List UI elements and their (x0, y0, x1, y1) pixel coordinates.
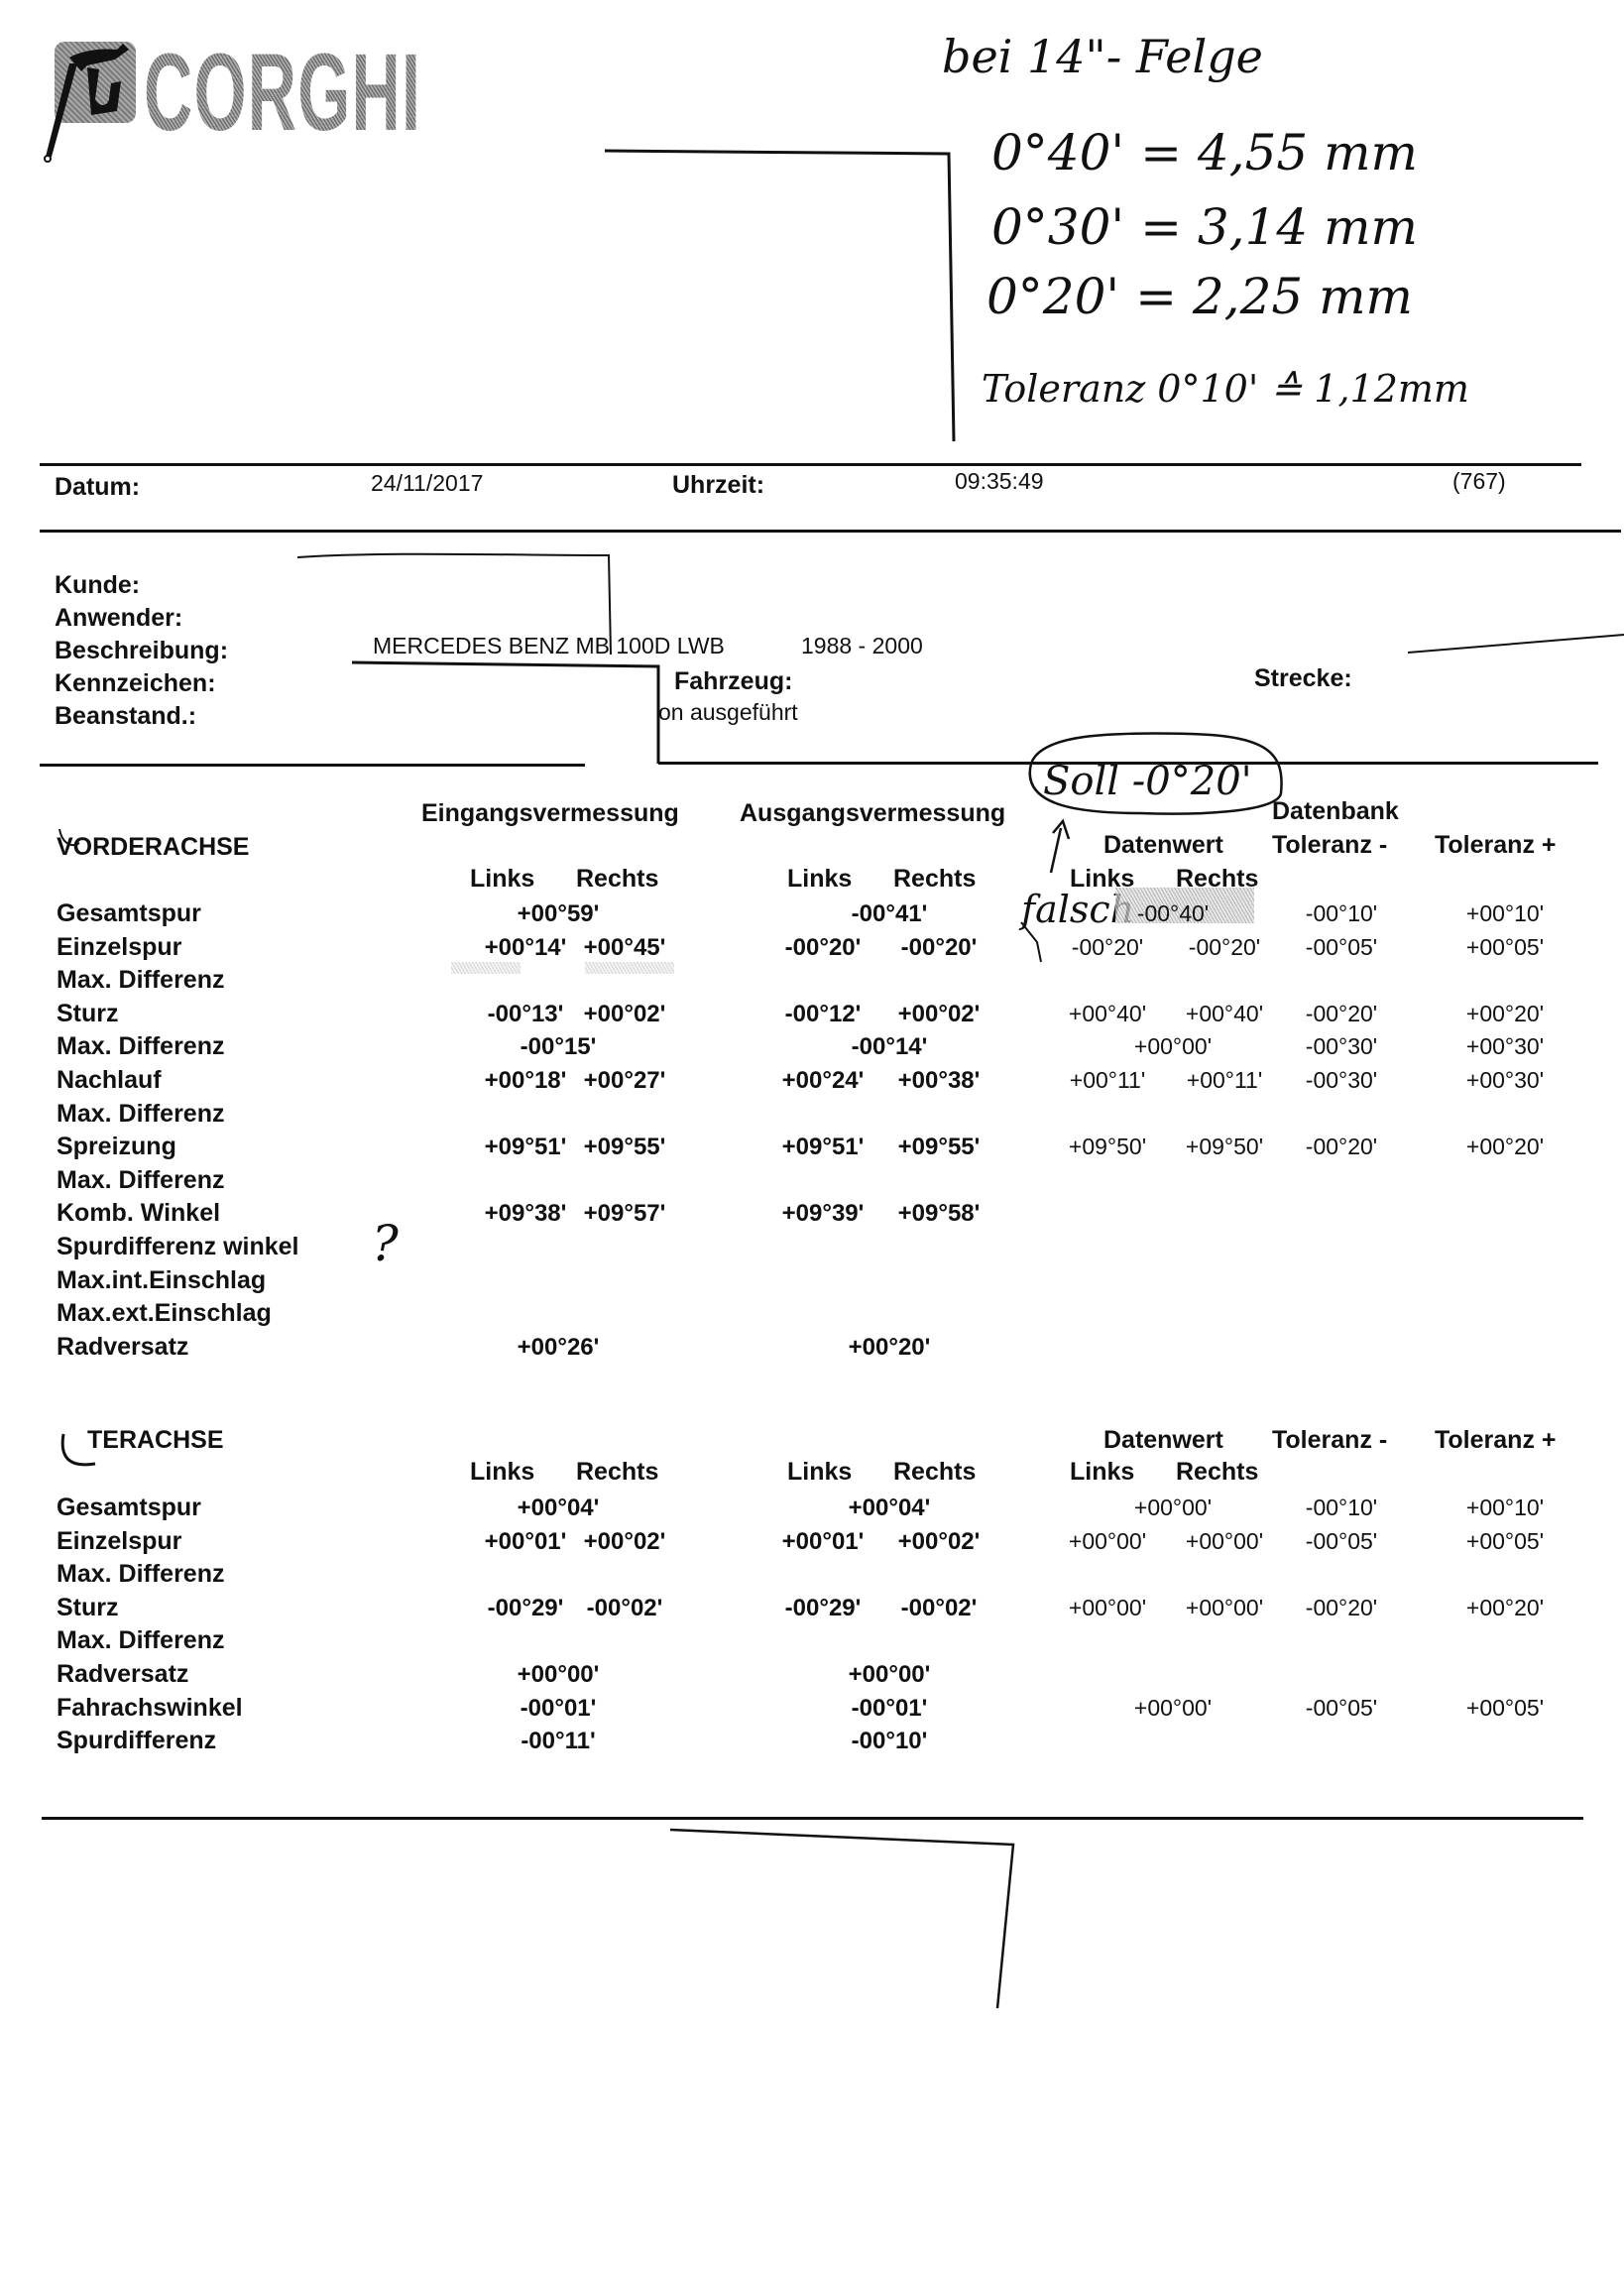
date-label: Datum: (55, 473, 140, 502)
toleranz-minus-header: Toleranz - (1272, 831, 1387, 860)
divider (40, 530, 1621, 533)
cell-tol-minus: -00°10' (1306, 900, 1377, 927)
record-number: (767) (1452, 468, 1506, 495)
datenwert-header: Datenwert (1103, 831, 1223, 860)
cell-db-r: -00°20' (1189, 934, 1260, 961)
aus-links-header: Links (787, 1458, 852, 1487)
cell-aus-r: +00°38' (898, 1067, 981, 1095)
row-label: Einzelspur (57, 933, 181, 962)
cell-db-l: +00°00' (1069, 1595, 1146, 1621)
cell-ein-l: +00°01' (485, 1528, 567, 1556)
cell-ein-m: +00°00' (518, 1661, 600, 1689)
divider (42, 1817, 1583, 1820)
db-links-header: Links (1070, 1458, 1134, 1487)
row-label: Gesamtspur (57, 1494, 201, 1522)
toleranz-plus-header: Toleranz + (1435, 1426, 1557, 1455)
db-links-header: Links (1070, 865, 1134, 894)
cell-db-l: +00°11' (1070, 1067, 1145, 1094)
row-label: Max. Differenz (57, 966, 224, 995)
cell-aus-m: -00°10' (852, 1728, 928, 1755)
anwender-label: Anwender: (55, 604, 182, 633)
cell-tol-plus: +00°05' (1466, 1695, 1544, 1722)
row-label: Einzelspur (57, 1527, 181, 1556)
ein-rechts-header: Rechts (576, 865, 658, 894)
cell-tol-minus: -00°30' (1306, 1067, 1377, 1094)
axle-title: TERACHSE (87, 1426, 224, 1455)
cell-ein-l: -00°13' (488, 1001, 564, 1028)
cell-db-l: +09°50' (1069, 1134, 1146, 1160)
cell-ein-m: -00°11' (521, 1728, 595, 1755)
row-label: Gesamtspur (57, 899, 201, 928)
scan-smudge (585, 962, 674, 974)
divider (40, 463, 1581, 466)
cell-aus-r: -00°02' (901, 1595, 978, 1622)
cell-ein-l: +00°18' (485, 1067, 567, 1095)
datenwert-header: Datenwert (1103, 1426, 1223, 1455)
row-label: Max. Differenz (57, 1560, 224, 1589)
cell-aus-l: +09°51' (782, 1134, 865, 1161)
scan-smudge (451, 962, 521, 974)
cell-ein-m: -00°01' (521, 1695, 597, 1723)
cell-aus-r: +09°58' (898, 1200, 981, 1228)
cell-ein-r: +09°55' (584, 1134, 666, 1161)
eingang-header: Eingangsvermessung (421, 799, 679, 828)
cell-tol-minus: -00°20' (1306, 1134, 1377, 1160)
cell-ein-r: +00°02' (584, 1528, 666, 1556)
cell-tol-minus: -00°05' (1306, 1528, 1377, 1555)
cell-aus-l: -00°29' (785, 1595, 862, 1622)
cell-ein-m: +00°26' (518, 1334, 600, 1362)
cell-db-m: +00°00' (1134, 1495, 1212, 1521)
toleranz-minus-header: Toleranz - (1272, 1426, 1387, 1455)
beanstand-value: on ausgeführt (658, 699, 798, 726)
cell-aus-r: +00°02' (898, 1528, 981, 1556)
cell-tol-plus: +00°30' (1466, 1067, 1544, 1094)
aus-rechts-header: Rechts (893, 865, 976, 894)
time-label: Uhrzeit: (672, 471, 764, 500)
cell-db-r: +00°40' (1186, 1001, 1263, 1027)
cell-ein-m: +00°04' (518, 1495, 600, 1522)
cell-tol-minus: -00°20' (1306, 1595, 1377, 1621)
cell-tol-plus: +00°05' (1466, 934, 1544, 961)
vehicle-years: 1988 - 2000 (801, 633, 923, 659)
cell-db-m: -00°40' (1137, 900, 1209, 927)
cell-tol-plus: +00°10' (1466, 1495, 1544, 1521)
cell-aus-m: -00°01' (852, 1695, 928, 1723)
fahrzeug-label: Fahrzeug: (674, 667, 792, 696)
cell-db-r: +00°00' (1186, 1595, 1263, 1621)
cell-tol-plus: +00°20' (1466, 1595, 1544, 1621)
ein-rechts-header: Rechts (576, 1458, 658, 1487)
row-label: Komb. Winkel (57, 1199, 220, 1228)
cell-tol-minus: -00°10' (1306, 1495, 1377, 1521)
row-label: Spurdifferenz winkel (57, 1233, 298, 1261)
beanstand-label: Beanstand.: (55, 702, 196, 731)
soll-annotation: Soll -0°20' (1043, 759, 1252, 804)
db-rechts-header: Rechts (1176, 865, 1258, 894)
cell-ein-m: +00°59' (518, 900, 600, 928)
time-value: 09:35:49 (955, 468, 1044, 495)
cell-ein-l: +00°14' (485, 934, 567, 962)
cell-ein-r: +00°27' (584, 1067, 666, 1095)
cell-ein-r: +00°02' (584, 1001, 666, 1028)
cell-aus-l: -00°20' (785, 934, 862, 962)
cell-tol-minus: -00°30' (1306, 1033, 1377, 1060)
cell-aus-m: -00°41' (852, 900, 928, 928)
divider (40, 764, 585, 767)
cell-db-r: +09°50' (1186, 1134, 1263, 1160)
cell-tol-minus: -00°05' (1306, 934, 1377, 961)
cell-aus-m: +00°04' (849, 1495, 931, 1522)
cell-ein-l: +09°38' (485, 1200, 567, 1228)
strecke-label: Strecke: (1254, 664, 1352, 693)
row-label: Max.ext.Einschlag (57, 1299, 272, 1328)
ausgang-header: Ausgangsvermessung (740, 799, 1005, 828)
aus-links-header: Links (787, 865, 852, 894)
cell-tol-plus: +00°10' (1466, 900, 1544, 927)
row-label: Sturz (57, 1594, 119, 1622)
datenbank-header: Datenbank (1272, 797, 1399, 826)
cell-aus-m: +00°20' (849, 1334, 931, 1362)
cell-db-l: -00°20' (1072, 934, 1143, 961)
row-label: Max. Differenz (57, 1032, 224, 1061)
cell-aus-l: +00°24' (782, 1067, 865, 1095)
toleranz-plus-header: Toleranz + (1435, 831, 1557, 860)
cell-db-l: +00°00' (1069, 1528, 1146, 1555)
axle-title: VORDERACHSE (57, 833, 249, 862)
cell-ein-l: -00°29' (488, 1595, 564, 1622)
row-label: Radversatz (57, 1333, 188, 1362)
cell-db-l: +00°40' (1069, 1001, 1146, 1027)
row-label: Sturz (57, 1000, 119, 1028)
cell-tol-plus: +00°05' (1466, 1528, 1544, 1555)
cell-ein-m: -00°15' (521, 1033, 597, 1061)
beschreibung-label: Beschreibung: (55, 637, 228, 665)
cell-db-m: +00°00' (1134, 1695, 1212, 1722)
row-label: Fahrachswinkel (57, 1694, 243, 1723)
divider (658, 762, 1598, 765)
cell-db-m: +00°00' (1134, 1033, 1212, 1060)
cell-aus-r: +00°02' (898, 1001, 981, 1028)
vehicle-description: MERCEDES BENZ MB 100D LWB (373, 633, 725, 659)
cell-ein-r: +09°57' (584, 1200, 666, 1228)
ein-links-header: Links (470, 1458, 534, 1487)
cell-aus-l: +09°39' (782, 1200, 865, 1228)
cell-tol-plus: +00°20' (1466, 1001, 1544, 1027)
ein-links-header: Links (470, 865, 534, 894)
date-value: 24/11/2017 (371, 470, 483, 497)
cell-aus-m: +00°00' (849, 1661, 931, 1689)
cell-aus-l: +00°01' (782, 1528, 865, 1556)
cell-aus-l: -00°12' (785, 1001, 862, 1028)
cell-aus-r: +09°55' (898, 1134, 981, 1161)
cell-ein-r: -00°02' (587, 1595, 663, 1622)
row-label: Max. Differenz (57, 1626, 224, 1655)
kunde-label: Kunde: (55, 571, 140, 600)
cell-tol-minus: -00°20' (1306, 1001, 1377, 1027)
row-label: Spurdifferenz (57, 1727, 216, 1755)
row-label: Nachlauf (57, 1066, 162, 1095)
cell-ein-l: +09°51' (485, 1134, 567, 1161)
row-label: Max. Differenz (57, 1100, 224, 1129)
row-label: Max.int.Einschlag (57, 1266, 266, 1295)
cell-ein-r: +00°45' (584, 934, 666, 962)
question-mark-annotation: ? (372, 1215, 399, 1272)
kennzeichen-label: Kennzeichen: (55, 669, 216, 698)
db-rechts-header: Rechts (1176, 1458, 1258, 1487)
row-label: Spreizung (57, 1133, 176, 1161)
row-label: Max. Differenz (57, 1166, 224, 1195)
row-label: Radversatz (57, 1660, 188, 1689)
cell-tol-minus: -00°05' (1306, 1695, 1377, 1722)
cell-db-r: +00°11' (1187, 1067, 1262, 1094)
cell-aus-r: -00°20' (901, 934, 978, 962)
cell-db-r: +00°00' (1186, 1528, 1263, 1555)
cell-aus-m: -00°14' (852, 1033, 928, 1061)
cell-tol-plus: +00°20' (1466, 1134, 1544, 1160)
aus-rechts-header: Rechts (893, 1458, 976, 1487)
cell-tol-plus: +00°30' (1466, 1033, 1544, 1060)
